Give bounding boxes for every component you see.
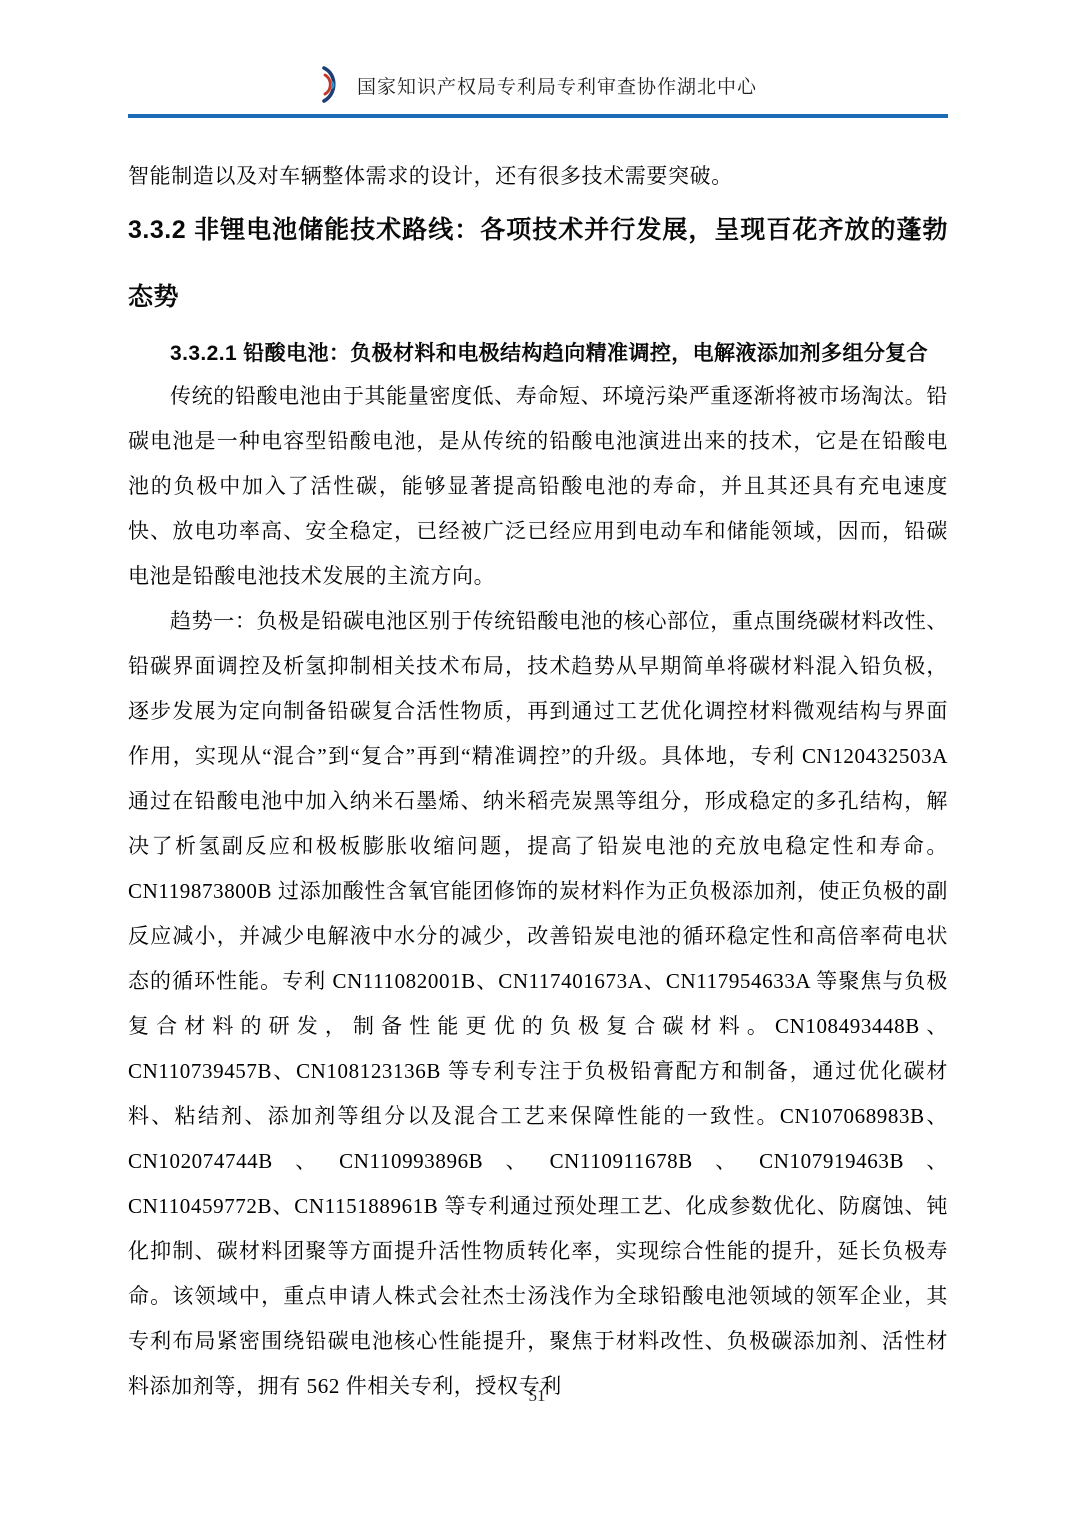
body-paragraph-trend-one: 趋势一：负极是铅碳电池区别于传统铅酸电池的核心部位，重点围绕碳材料改性、铅碳界面… [128,599,948,1409]
page-header: 国家知识产权局专利局专利审查协作湖北中心 [128,66,948,104]
swoosh-logo-icon [319,66,341,104]
header-center-name: 国家知识产权局专利局专利审查协作湖北中心 [357,72,757,99]
body-paragraph-lead-acid-overview: 传统的铅酸电池由于其能量密度低、寿命短、环境污染严重逐渐将被市场淘汰。铅碳电池是… [128,374,948,599]
subsection-heading-3-3-2-1: 3.3.2.1 铅酸电池：负极材料和电极结构趋向精准调控，电解液添加剂多组分复合 [128,331,948,376]
header-divider-rule [128,114,948,118]
page-number: 51 [0,1386,1074,1406]
intro-paragraph-tail: 智能制造以及对车辆整体需求的设计，还有很多技术需要突破。 [128,154,948,199]
document-page: 国家知识产权局专利局专利审查协作湖北中心 智能制造以及对车辆整体需求的设计，还有… [0,0,1074,1520]
section-heading-3-3-2: 3.3.2 非锂电池储能技术路线：各项技术并行发展，呈现百花齐放的蓬勃态势 [128,197,948,331]
